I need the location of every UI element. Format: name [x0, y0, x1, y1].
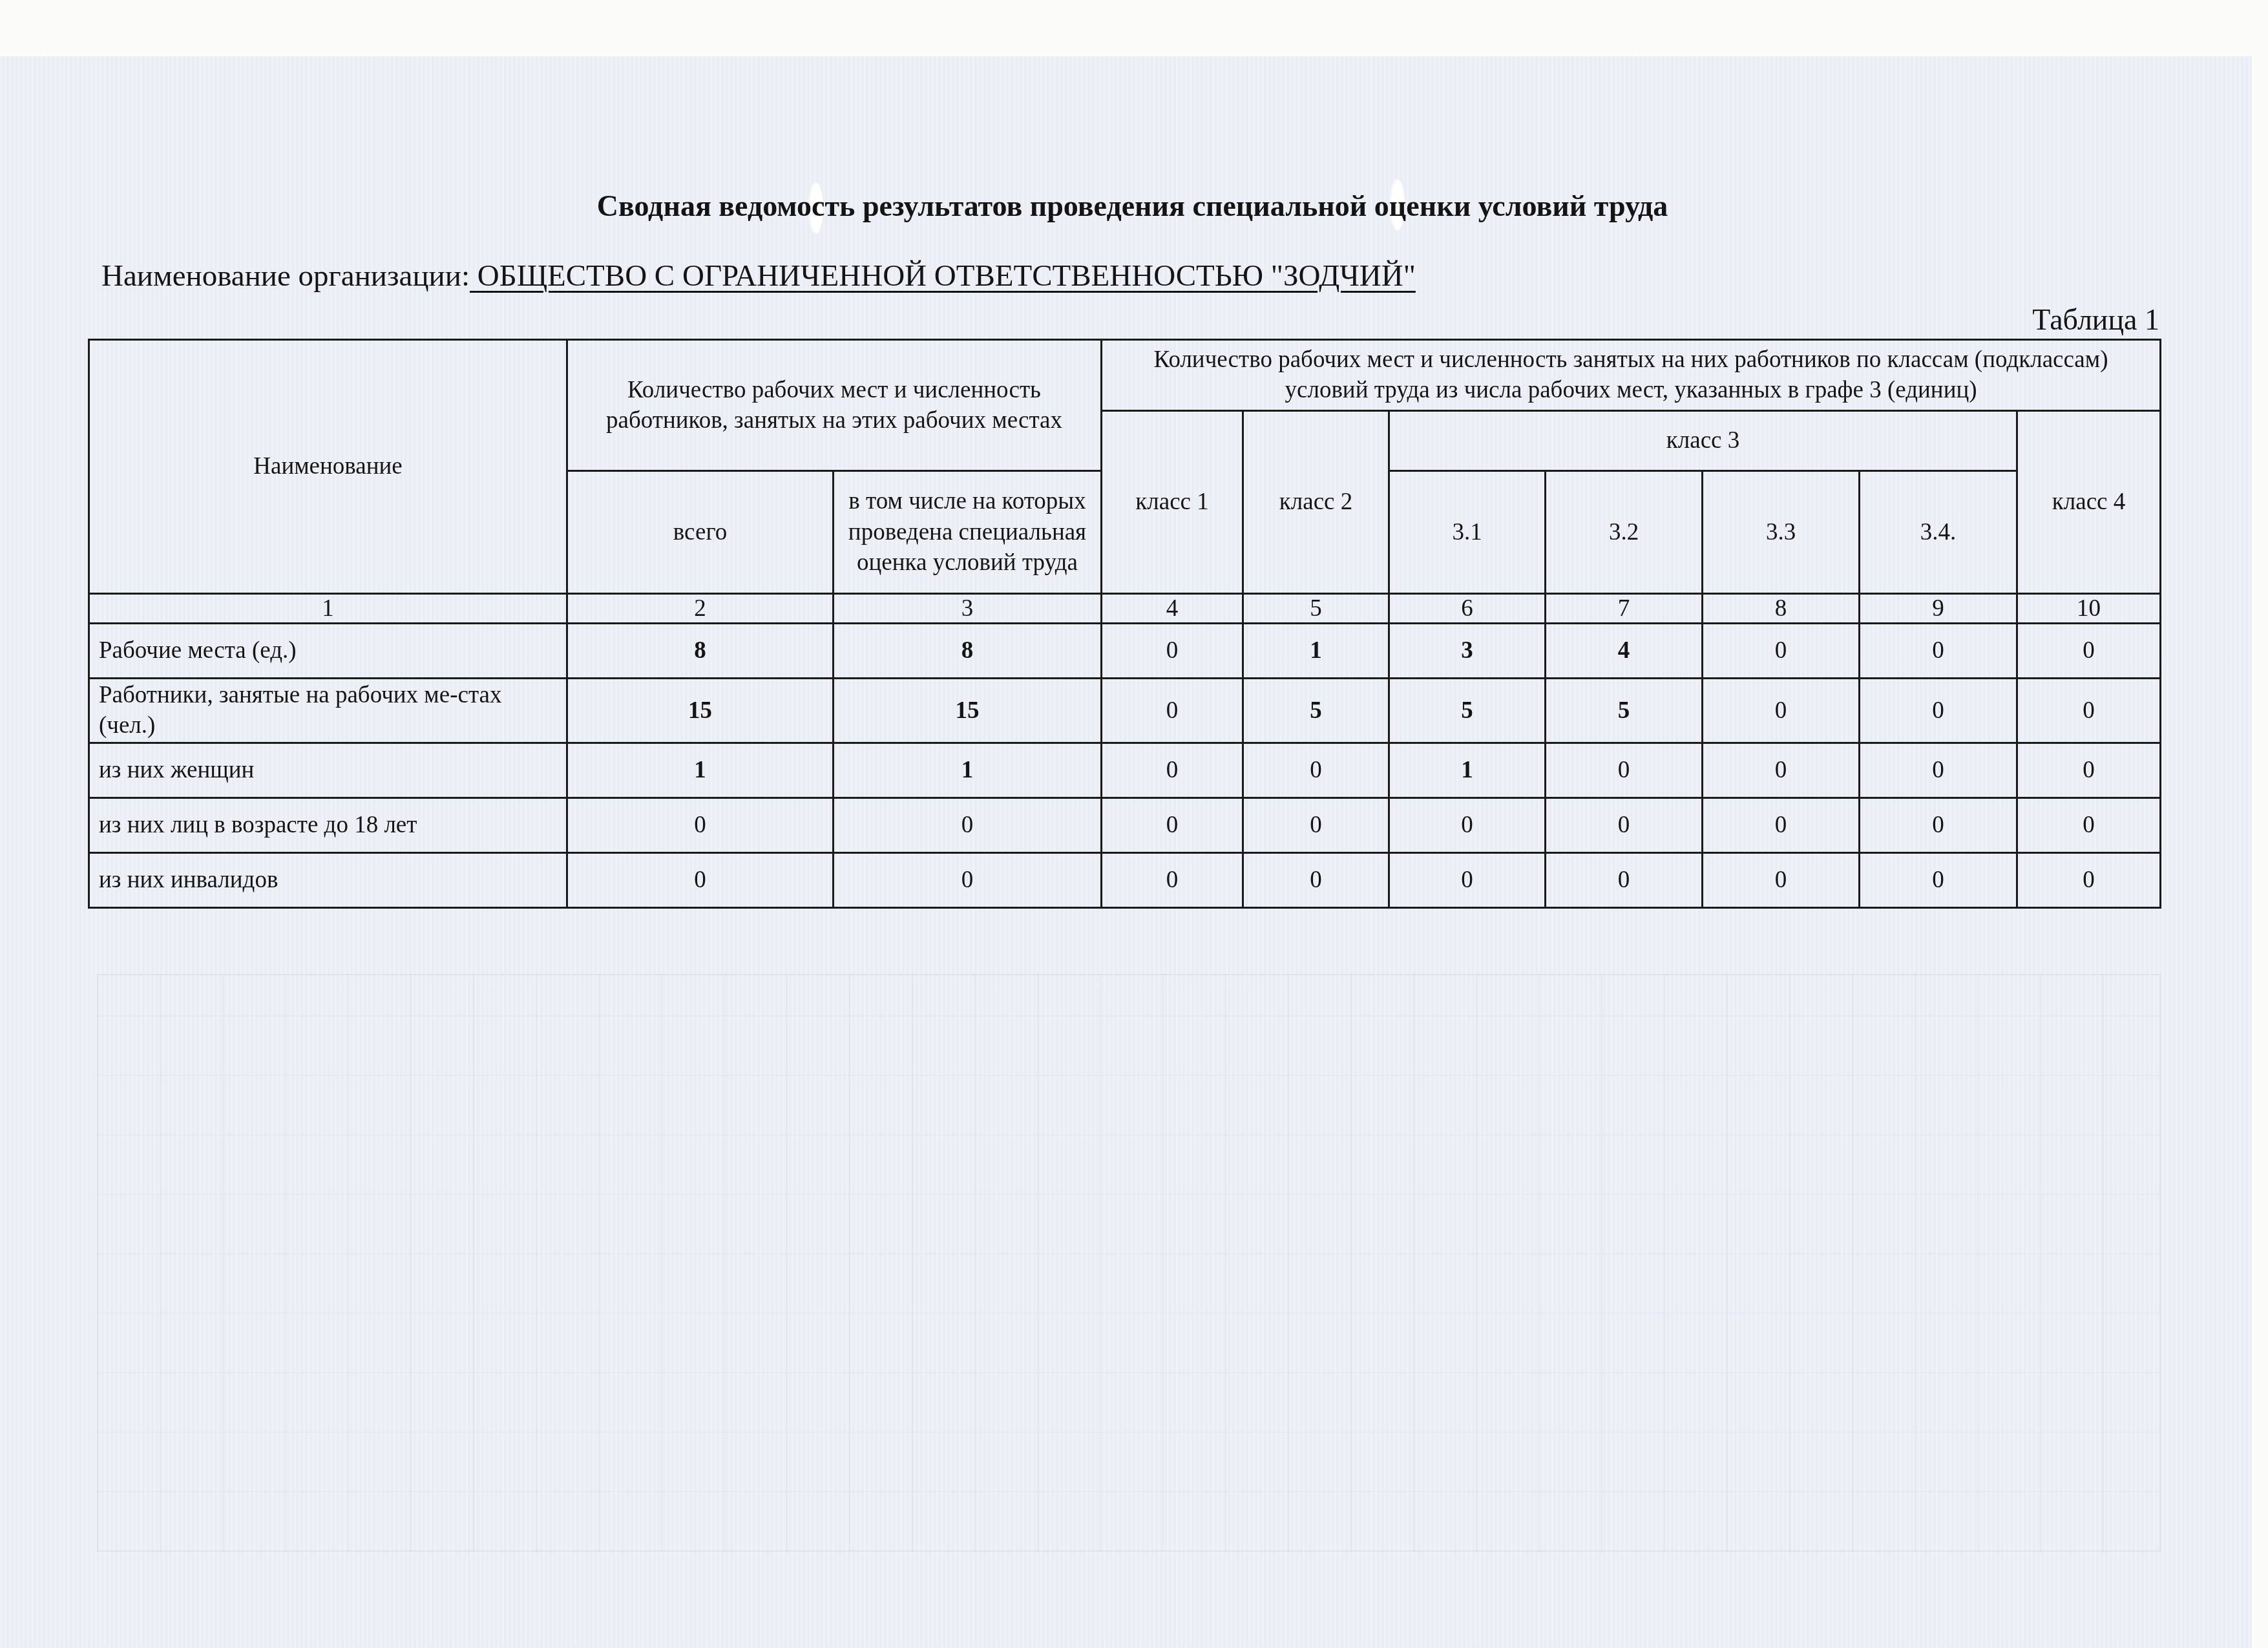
table-caption: Таблица 1	[2032, 302, 2159, 337]
cell-value: 0	[2017, 798, 2161, 852]
cell-value: 0	[1546, 798, 1703, 852]
column-number: 9	[1860, 593, 2017, 623]
cell-value: 0	[1703, 852, 1860, 907]
header-class-3: класс 3	[1389, 410, 2017, 470]
cell-value: 0	[1703, 678, 1860, 743]
cell-value: 0	[1860, 852, 2017, 907]
cell-value: 0	[1102, 623, 1243, 678]
cell-value: 15	[834, 678, 1102, 743]
column-number: 4	[1102, 593, 1243, 623]
cell-value: 0	[1243, 798, 1389, 852]
cell-value: 0	[1102, 798, 1243, 852]
column-number: 10	[2017, 593, 2161, 623]
row-label: из них женщин	[89, 743, 567, 798]
cell-value: 0	[1243, 852, 1389, 907]
header-workplaces-group: Количество рабочих мест и численность ра…	[567, 340, 1102, 471]
header-assessed: в том числе на которых проведена специал…	[834, 470, 1102, 593]
cell-value: 1	[1389, 743, 1546, 798]
cell-value: 0	[1389, 798, 1546, 852]
header-class-1: класс 1	[1102, 410, 1243, 593]
header-class-4: класс 4	[2017, 410, 2161, 593]
cell-value: 4	[1546, 623, 1703, 678]
cell-value: 1	[567, 743, 834, 798]
cell-value: 0	[1703, 798, 1860, 852]
cell-value: 3	[1389, 623, 1546, 678]
cell-value: 0	[567, 798, 834, 852]
cell-value: 0	[834, 852, 1102, 907]
cell-value: 0	[1703, 743, 1860, 798]
cell-value: 0	[1102, 743, 1243, 798]
cell-value: 0	[1546, 743, 1703, 798]
document-title: Сводная ведомость результатов проведения…	[0, 189, 2252, 223]
cell-value: 1	[834, 743, 1102, 798]
organization-name: ОБЩЕСТВО С ОГРАНИЧЕННОЙ ОТВЕТСТВЕННОСТЬЮ…	[470, 259, 1416, 293]
column-number: 5	[1243, 593, 1389, 623]
cell-value: 0	[1860, 678, 2017, 743]
cell-value: 0	[1102, 852, 1243, 907]
table-row: из них лиц в возрасте до 18 лет000000000	[89, 798, 2161, 852]
cell-value: 0	[567, 852, 834, 907]
summary-table: Наименование Количество рабочих мест и ч…	[88, 339, 2161, 909]
cell-value: 0	[2017, 678, 2161, 743]
cell-value: 8	[834, 623, 1102, 678]
cell-value: 8	[567, 623, 834, 678]
column-number: 2	[567, 593, 834, 623]
row-label: Работники, занятые на рабочих ме-стах (ч…	[89, 678, 567, 743]
table-row: из них инвалидов000000000	[89, 852, 2161, 907]
cell-value: 0	[1860, 623, 2017, 678]
cell-value: 1	[1243, 623, 1389, 678]
cell-value: 0	[1546, 852, 1703, 907]
column-number: 7	[1546, 593, 1703, 623]
cell-value: 5	[1389, 678, 1546, 743]
cell-value: 5	[1546, 678, 1703, 743]
cell-value: 0	[1243, 743, 1389, 798]
column-number: 6	[1389, 593, 1546, 623]
header-total: всего	[567, 470, 834, 593]
cell-value: 0	[1389, 852, 1546, 907]
header-name: Наименование	[89, 340, 567, 594]
column-number: 8	[1703, 593, 1860, 623]
table-row: Работники, занятые на рабочих ме-стах (ч…	[89, 678, 2161, 743]
header-subclass-3-3: 3.3	[1703, 470, 1860, 593]
table-row: из них женщин110010000	[89, 743, 2161, 798]
header-subclass-3-4: 3.4.	[1860, 470, 2017, 593]
cell-value: 15	[567, 678, 834, 743]
cell-value: 0	[1102, 678, 1243, 743]
header-classes-group: Количество рабочих мест и численность за…	[1102, 340, 2161, 411]
table-row: Рабочие места (ед.)880134000	[89, 623, 2161, 678]
header-subclass-3-2: 3.2	[1546, 470, 1703, 593]
cell-value: 0	[2017, 743, 2161, 798]
cell-value: 0	[834, 798, 1102, 852]
reverse-side-bleed-through	[97, 974, 2161, 1552]
column-number: 3	[834, 593, 1102, 623]
cell-value: 0	[1860, 798, 2017, 852]
cell-value: 0	[1703, 623, 1860, 678]
header-class-2: класс 2	[1243, 410, 1389, 593]
cell-value: 0	[2017, 852, 2161, 907]
column-number: 1	[89, 593, 567, 623]
row-label: из них лиц в возрасте до 18 лет	[89, 798, 567, 852]
row-label: из них инвалидов	[89, 852, 567, 907]
cell-value: 0	[1860, 743, 2017, 798]
column-numbers-row: 1 2 3 4 5 6 7 8 9 10	[89, 593, 2161, 623]
cell-value: 0	[2017, 623, 2161, 678]
cell-value: 5	[1243, 678, 1389, 743]
row-label: Рабочие места (ед.)	[89, 623, 567, 678]
organization-line: Наименование организации: ОБЩЕСТВО С ОГР…	[101, 259, 1416, 293]
header-subclass-3-1: 3.1	[1389, 470, 1546, 593]
organization-label: Наименование организации:	[101, 259, 470, 293]
